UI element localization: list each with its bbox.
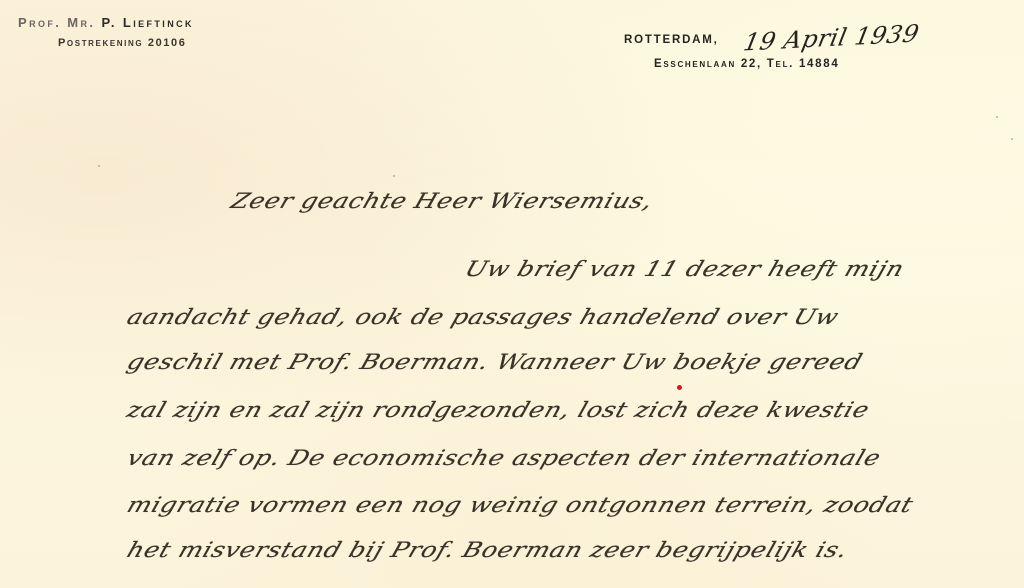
body-line-1: Uw brief van 11 dezer heeft mijn [462,256,908,281]
handwritten-date: 19 April 1939 [741,21,921,54]
paper-speck [393,175,395,177]
red-mark [677,385,682,390]
letter-page: Prof. Mr. P. Lieftinck Postrekening 2010… [0,0,1024,588]
city-date-line: ROTTERDAM, 19 April 1939 [624,22,918,46]
sender-name: Prof. Mr. P. Lieftinck [18,15,194,30]
body-line-4: zal zijn en zal zijn rondgezonden, lost … [124,397,873,422]
postrekening: Postrekening 20106 [58,37,194,49]
body-line-3: geschil met Prof. Boerman. Wanneer Uw bo… [124,349,866,374]
sender-surname: P. Lieftinck [101,15,193,30]
paper-speck [1011,138,1013,140]
address: Esschenlaan 22, Tel. 14884 [654,58,918,70]
paper-speck [98,165,100,167]
salutation: Zeer geachte Heer Wiersemius, [228,188,656,213]
letterhead-location: ROTTERDAM, 19 April 1939 Esschenlaan 22,… [624,22,918,70]
body-line-7: het misverstand bij Prof. Boerman zeer b… [124,537,851,562]
letterhead-sender: Prof. Mr. P. Lieftinck Postrekening 2010… [18,15,194,49]
body-line-2: aandacht gehad, ook de passages handelen… [124,304,842,329]
paper-speck [996,116,998,118]
sender-title: Prof. Mr. [18,15,95,30]
body-line-6: migratie vormen een nog weinig ontgonnen… [124,492,917,517]
body-line-5: van zelf op. De economische aspecten der… [124,445,884,470]
city: ROTTERDAM, [624,35,719,47]
